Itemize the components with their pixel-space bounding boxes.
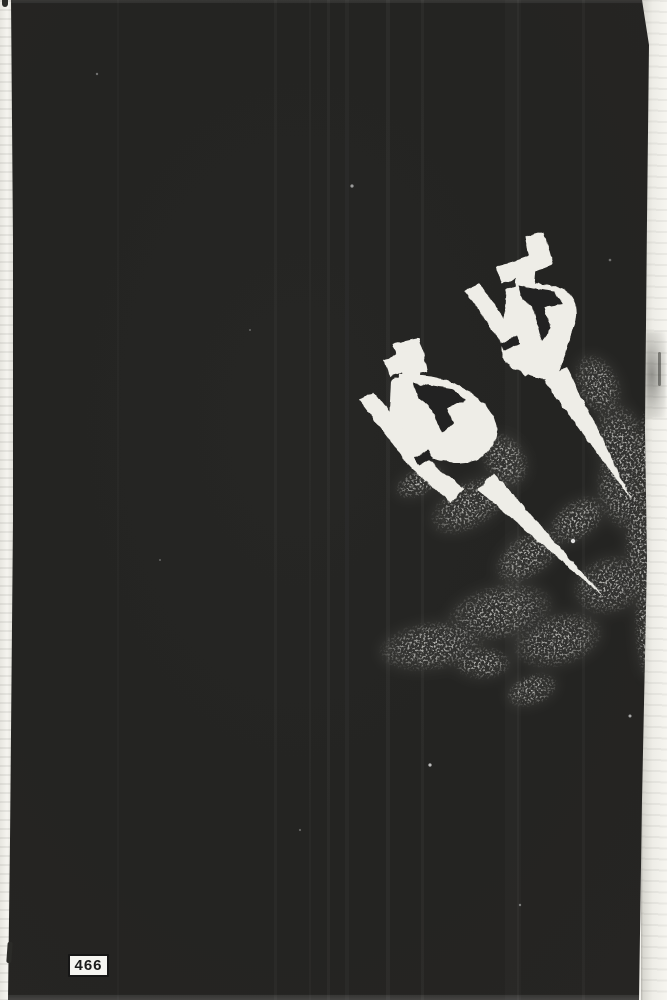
paper-edge-mark-right xyxy=(658,352,661,386)
dust-specks xyxy=(96,73,632,906)
paper-fiber-mark xyxy=(2,0,8,7)
page-number: 466 xyxy=(74,957,102,974)
paper-edge-smudge xyxy=(646,332,666,418)
scanned-manga-page: 466 xyxy=(0,0,667,1000)
scan-streaks xyxy=(0,0,667,1000)
black-ink-panel: 466 xyxy=(0,0,667,1000)
artwork-svg xyxy=(0,0,667,1000)
page-number-badge: 466 xyxy=(68,954,109,977)
